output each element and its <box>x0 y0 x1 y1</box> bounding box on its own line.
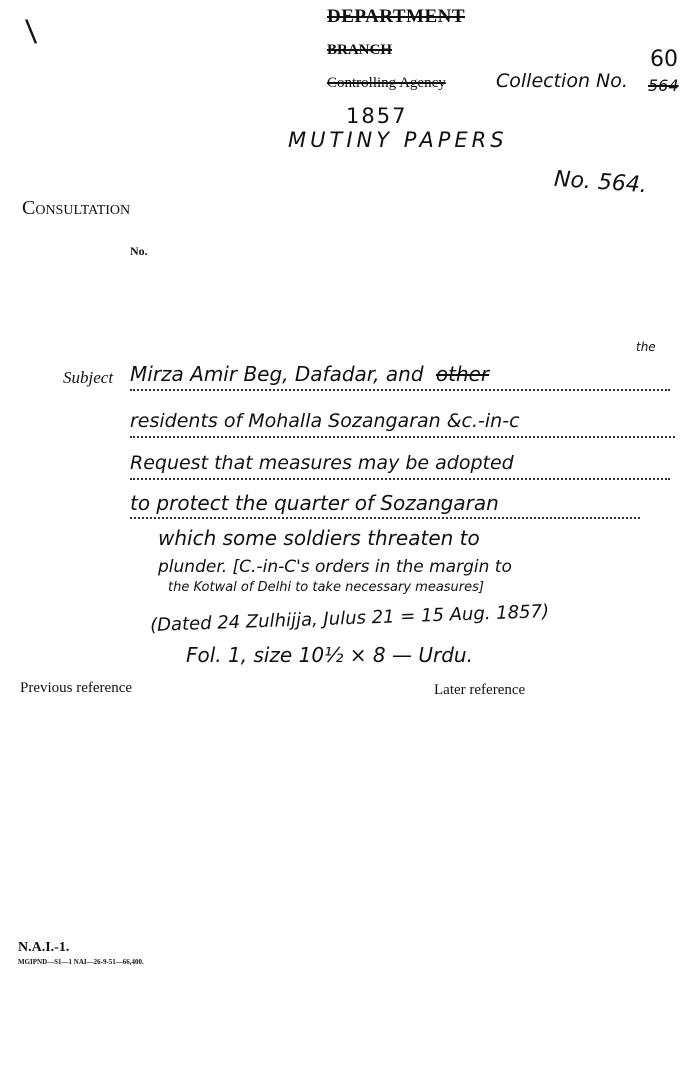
subject-line: Request that measures may be adopted <box>130 452 670 480</box>
department-label: DEPARTMENT <box>327 6 465 28</box>
year-handwritten: 1857 <box>346 104 407 128</box>
consultation-number-label: No. <box>130 244 148 259</box>
later-reference-label: Later reference <box>434 682 525 699</box>
item-number: No. 564. <box>553 167 647 198</box>
collection-number-struck: 564 <box>648 76 679 95</box>
collection-number-label: Collection No. <box>496 70 628 92</box>
subject-line: (Dated 24 Zulhijja, Julus 21 = 15 Aug. 1… <box>150 601 550 636</box>
subject-line: the Kotwal of Delhi to take necessary me… <box>168 580 484 595</box>
subject-line: Fol. 1, size 10½ × 8 — Urdu. <box>186 643 473 667</box>
subject-line: residents of Mohalla Sozangaran &c.-in-c <box>130 410 675 438</box>
subject-line-text: Mirza Amir Beg, Dafadar, and <box>130 362 424 386</box>
subject-line: which some soldiers threaten to <box>158 526 480 550</box>
collection-number-new: 60 <box>650 47 678 72</box>
print-line: MGIPND—S1—1 NAI—26-9-51—66,400. <box>18 958 144 966</box>
corner-pen-mark: \ <box>24 14 37 50</box>
consultation-label: Consultation <box>22 197 130 220</box>
controlling-agency-label: Controlling Agency <box>327 75 446 92</box>
previous-reference-label: Previous reference <box>20 680 132 697</box>
subject-inserted-word: the <box>636 340 656 354</box>
branch-label: BRANCH <box>327 42 392 59</box>
subject-struck-word: other <box>436 362 489 386</box>
subject-label: Subject <box>63 368 113 388</box>
series-title: MUTINY PAPERS <box>288 128 508 152</box>
subject-line: to protect the quarter of Sozangaran <box>130 491 640 519</box>
subject-line: plunder. [C.-in-C's orders in the margin… <box>158 557 512 577</box>
form-code: N.A.I.-1. <box>18 940 69 956</box>
subject-line: Mirza Amir Beg, Dafadar, and other <box>130 362 670 391</box>
